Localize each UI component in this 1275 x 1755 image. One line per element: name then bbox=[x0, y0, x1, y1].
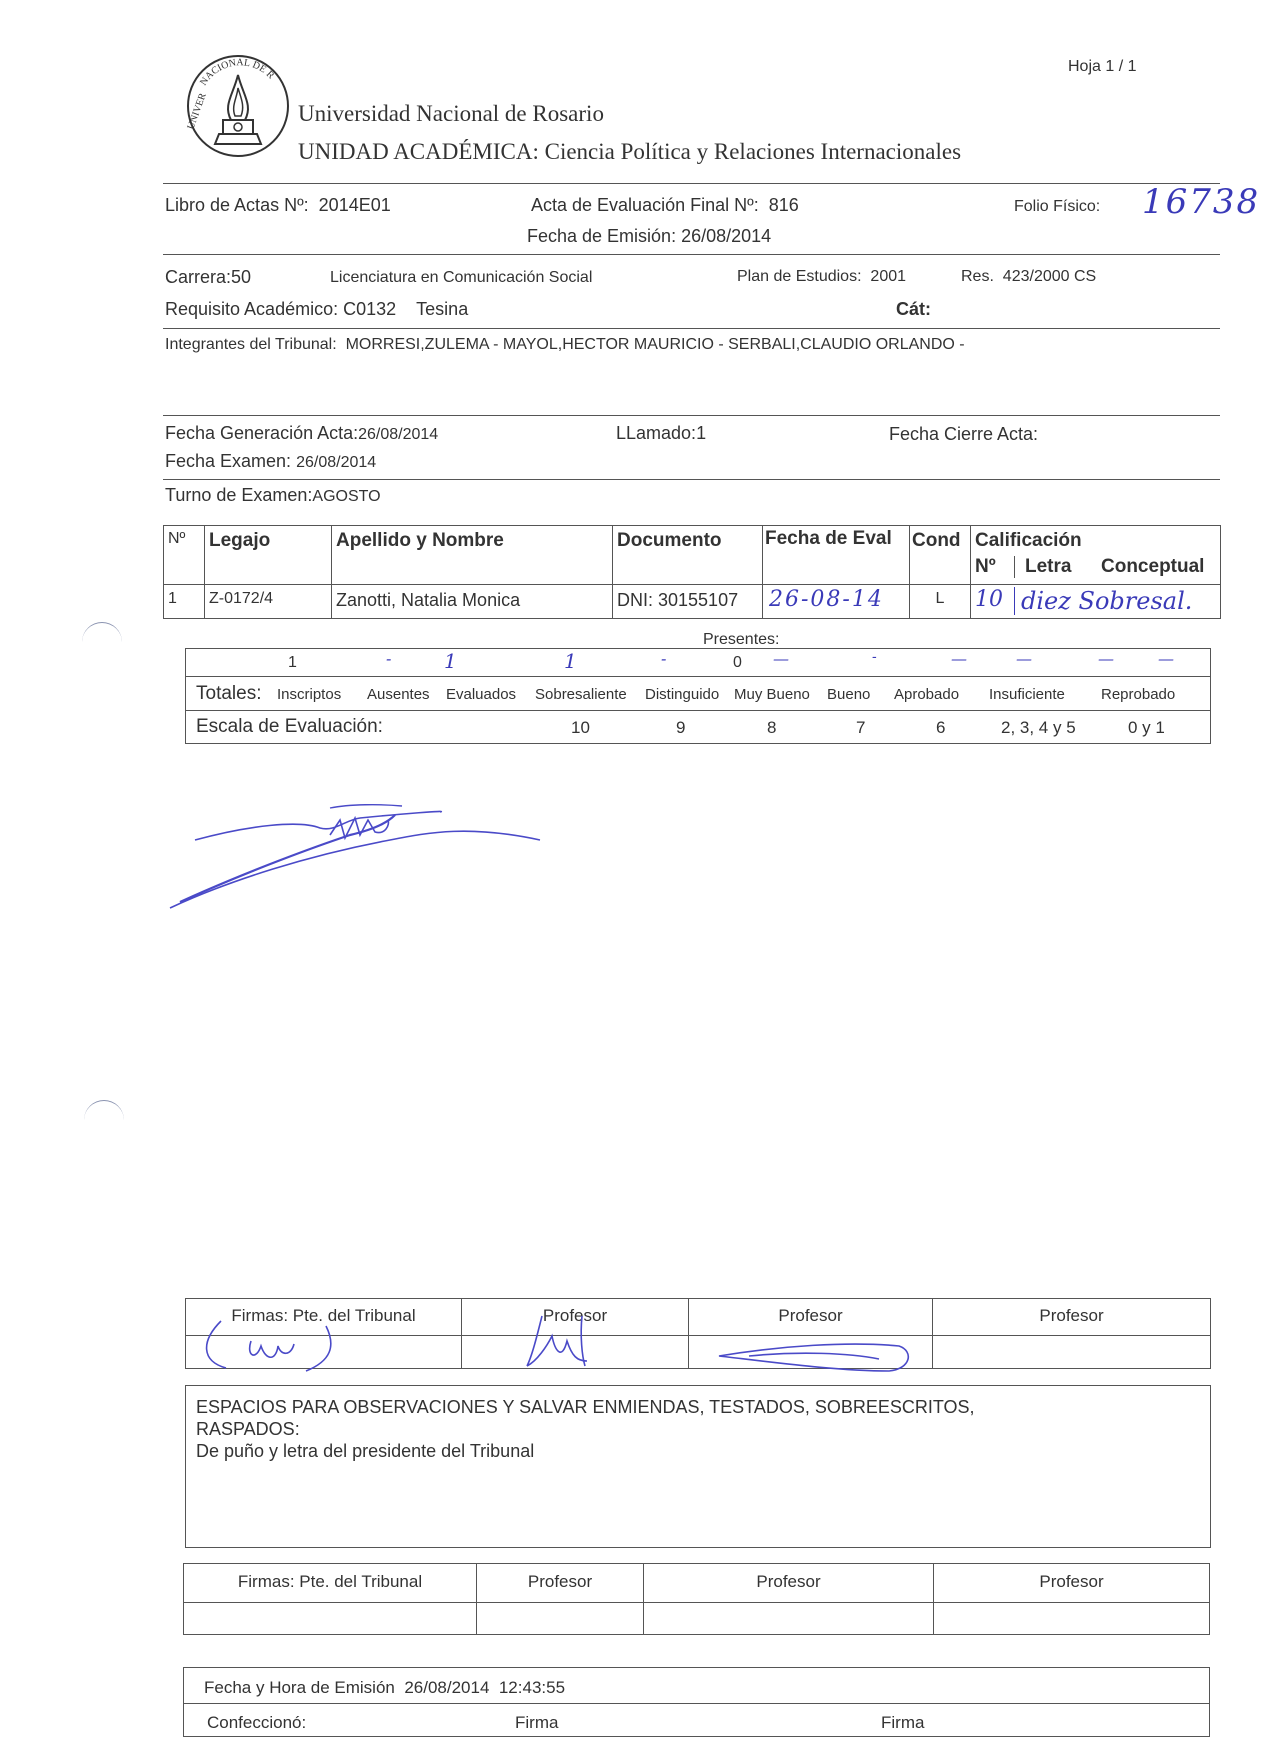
presentes-label: Presentes: bbox=[703, 631, 779, 649]
folio-value-handwritten: 16738 bbox=[1142, 182, 1260, 222]
sig2-profesor-empty bbox=[934, 1603, 1210, 1635]
totales-label: Totales: bbox=[196, 683, 261, 705]
requisito-value: C0132 bbox=[343, 299, 396, 319]
signatures-sign-row bbox=[186, 1336, 1211, 1369]
emision-datetime: 26/08/2014 12:43:55 bbox=[404, 1678, 565, 1697]
header-n: Nº bbox=[164, 526, 205, 585]
total-sobresaliente-handwritten: 1 bbox=[564, 649, 577, 673]
col-inscriptos: Inscriptos bbox=[277, 686, 341, 703]
total-aprobado-handwritten: — bbox=[951, 649, 967, 668]
table-row: 1 Z-0172/4 Zanotti, Natalia Monica DNI: … bbox=[164, 585, 1221, 619]
escala-bueno: 7 bbox=[856, 718, 865, 738]
tribunal-members: MORRESI,ZULEMA - MAYOL,HECTOR MAURICIO -… bbox=[346, 336, 965, 353]
signatures-sign-row bbox=[184, 1603, 1210, 1635]
total-muy-bueno-handwritten: — bbox=[773, 649, 789, 668]
cell-cond: L bbox=[910, 585, 971, 619]
escala-sobresaliente: 10 bbox=[571, 718, 590, 738]
header-documento: Documento bbox=[613, 526, 763, 585]
carrera-value: 50 bbox=[231, 267, 251, 287]
resolucion: Res. 423/2000 CS bbox=[961, 268, 1096, 286]
sig1-header-profesor: Profesor bbox=[933, 1299, 1211, 1336]
escala-aprobado: 6 bbox=[936, 718, 945, 738]
sig2-profesor-empty bbox=[644, 1603, 934, 1635]
cell-nombre: Zanotti, Natalia Monica bbox=[332, 585, 613, 619]
emision-value: 26/08/2014 bbox=[681, 226, 771, 246]
total-bueno-handwritten: - bbox=[872, 649, 877, 665]
cell-legajo: Z-0172/4 bbox=[205, 585, 332, 619]
cell-fecha-handwritten: 26-08-14 bbox=[763, 585, 910, 619]
sig2-presidente-empty bbox=[184, 1603, 477, 1635]
turno-value: AGOSTO bbox=[312, 488, 380, 505]
svg-text:NACIONAL DE ROSARIO: NACIONAL DE ROSARIO bbox=[183, 50, 276, 88]
requisito-name: Tesina bbox=[416, 299, 468, 319]
col-sobresaliente: Sobresaliente bbox=[535, 686, 627, 703]
total-reprobado-handwritten: — bbox=[1098, 649, 1114, 668]
col-bueno: Bueno bbox=[827, 686, 870, 703]
observations-subtitle: De puño y letra del presidente del Tribu… bbox=[196, 1440, 1200, 1462]
signatures-table-1: Firmas: Pte. del Tribunal Profesor Profe… bbox=[185, 1298, 1211, 1369]
firma-label-2: Firma bbox=[881, 1713, 924, 1733]
header-cond: Cond bbox=[910, 526, 971, 585]
header-cal-conceptual: Conceptual bbox=[1101, 556, 1204, 578]
turno-examen: Turno de Examen:AGOSTO bbox=[165, 485, 381, 506]
punch-hole-mark bbox=[82, 622, 122, 662]
libro-actas: Libro de Actas Nº: 2014E01 bbox=[165, 195, 391, 216]
calificacion-values: 10 diez Sobresal. bbox=[975, 587, 1216, 615]
total-evaluados-handwritten: 1 bbox=[444, 649, 457, 673]
escala-muy-bueno: 8 bbox=[767, 718, 776, 738]
libro-value: 2014E01 bbox=[319, 195, 391, 215]
fecha-examen: Fecha Examen: 26/08/2014 bbox=[165, 451, 376, 472]
generacion-value: 26/08/2014 bbox=[358, 426, 438, 443]
cell-cal-letra-handwritten: diez Sobresal. bbox=[1015, 587, 1192, 615]
plan-value: 2001 bbox=[870, 268, 906, 285]
escala-reprobado: 0 y 1 bbox=[1128, 718, 1165, 738]
total-ausentes-handwritten: - bbox=[386, 649, 391, 668]
table-header-row: Nº Legajo Apellido y Nombre Documento Fe… bbox=[164, 526, 1221, 585]
col-aprobado: Aprobado bbox=[894, 686, 959, 703]
header-cal-n: Nº bbox=[975, 556, 1015, 578]
observations-box: ESPACIOS PARA OBSERVACIONES Y SALVAR ENM… bbox=[185, 1385, 1211, 1548]
footer-box: Fecha y Hora de Emisión 26/08/2014 12:43… bbox=[183, 1667, 1210, 1737]
sig1-profesor-signature bbox=[689, 1336, 933, 1369]
col-distinguido: Distinguido bbox=[645, 686, 719, 703]
examen-value: 26/08/2014 bbox=[296, 454, 376, 471]
col-insuficiente: Insuficiente bbox=[989, 686, 1065, 703]
divider bbox=[163, 183, 1220, 184]
escala-insuficiente: 2, 3, 4 y 5 bbox=[1001, 718, 1076, 738]
sig1-profesor-signature bbox=[462, 1336, 689, 1369]
sig2-header-profesor: Profesor bbox=[644, 1564, 934, 1603]
university-seal-icon: NACIONAL DE ROSARIO UNIVER bbox=[183, 50, 293, 162]
totals-values-row: 1 - 1 1 - 0 — - — — — — bbox=[186, 649, 1210, 677]
sig1-header-profesor: Profesor bbox=[689, 1299, 933, 1336]
cat-label: Cát: bbox=[896, 299, 931, 320]
plan-estudios: Plan de Estudios: 2001 bbox=[737, 268, 906, 286]
cell-n: 1 bbox=[164, 585, 205, 619]
cell-documento: DNI: 30155107 bbox=[613, 585, 763, 619]
sig2-header-presidente: Firmas: Pte. del Tribunal bbox=[184, 1564, 477, 1603]
punch-hole-mark bbox=[84, 1100, 124, 1140]
total-extra-handwritten: — bbox=[1158, 649, 1174, 668]
col-ausentes: Ausentes bbox=[367, 686, 430, 703]
confecciono-label: Confeccionó: bbox=[207, 1713, 306, 1733]
observations-title: ESPACIOS PARA OBSERVACIONES Y SALVAR ENM… bbox=[196, 1396, 1056, 1440]
page-indicator: Hoja 1 / 1 bbox=[1068, 58, 1136, 76]
signatures-header-row: Firmas: Pte. del Tribunal Profesor Profe… bbox=[184, 1564, 1210, 1603]
col-evaluados: Evaluados bbox=[446, 686, 516, 703]
sig2-header-profesor: Profesor bbox=[934, 1564, 1210, 1603]
llamado: LLamado:1 bbox=[616, 423, 706, 444]
escala-label: Escala de Evaluación: bbox=[196, 716, 383, 738]
divider bbox=[163, 254, 1220, 255]
header-legajo: Legajo bbox=[205, 526, 332, 585]
divider bbox=[163, 479, 1220, 480]
carrera-name: Licenciatura en Comunicación Social bbox=[330, 269, 592, 287]
llamado-value: 1 bbox=[696, 423, 706, 443]
total-inscriptos: 1 bbox=[288, 654, 297, 672]
handwritten-signature bbox=[150, 790, 550, 920]
escala-row: Escala de Evaluación: 10 9 8 7 6 2, 3, 4… bbox=[186, 711, 1210, 743]
sig2-profesor-empty bbox=[477, 1603, 644, 1635]
res-value: 423/2000 CS bbox=[1003, 268, 1096, 285]
totals-table: 1 - 1 1 - 0 — - — — — — Totales: Inscrip… bbox=[185, 648, 1211, 744]
emision-label: Fecha y Hora de Emisión bbox=[204, 1678, 395, 1697]
requisito: Requisito Académico: C0132 Tesina bbox=[165, 299, 468, 320]
carrera: Carrera:50 bbox=[165, 267, 251, 288]
totals-labels-row: Totales: Inscriptos Ausentes Evaluados S… bbox=[186, 677, 1210, 711]
folio-label: Folio Físico: bbox=[1014, 198, 1100, 216]
footer-confecciono-row: Confeccionó: Firma Firma bbox=[184, 1704, 1209, 1736]
col-reprobado: Reprobado bbox=[1101, 686, 1175, 703]
signatures-table-2: Firmas: Pte. del Tribunal Profesor Profe… bbox=[183, 1563, 1210, 1635]
acta-numero: Acta de Evaluación Final Nº: 816 bbox=[531, 195, 799, 216]
fecha-emision: Fecha de Emisión: 26/08/2014 bbox=[527, 226, 771, 247]
total-distinguido-handwritten: - bbox=[661, 649, 666, 668]
cell-calificacion: 10 diez Sobresal. bbox=[971, 585, 1221, 619]
col-muy-bueno: Muy Bueno bbox=[734, 686, 810, 703]
firma-label-1: Firma bbox=[515, 1713, 558, 1733]
fecha-generacion: Fecha Generación Acta:26/08/2014 bbox=[165, 423, 438, 444]
academic-unit: UNIDAD ACADÉMICA: Ciencia Política y Rel… bbox=[298, 139, 961, 165]
header-nombre: Apellido y Nombre bbox=[332, 526, 613, 585]
fecha-cierre: Fecha Cierre Acta: bbox=[889, 424, 1038, 445]
header-cal-letra: Letra bbox=[1015, 556, 1101, 578]
header-calificacion: Calificación Nº Letra Conceptual bbox=[971, 526, 1221, 585]
students-table: Nº Legajo Apellido y Nombre Documento Fe… bbox=[163, 525, 1221, 619]
cell-cal-n-handwritten: 10 bbox=[975, 587, 1015, 615]
tribunal: Integrantes del Tribunal: MORRESI,ZULEMA… bbox=[165, 336, 965, 354]
header-fecha: Fecha de Eval bbox=[763, 526, 910, 585]
sig2-header-profesor: Profesor bbox=[477, 1564, 644, 1603]
calificacion-subheaders: Nº Letra Conceptual bbox=[975, 556, 1216, 578]
university-name: Universidad Nacional de Rosario bbox=[298, 101, 604, 127]
total-presentes: 0 bbox=[733, 654, 742, 672]
footer-emision-row: Fecha y Hora de Emisión 26/08/2014 12:43… bbox=[184, 1668, 1209, 1704]
total-insuficiente-handwritten: — bbox=[1016, 649, 1032, 668]
divider bbox=[163, 328, 1220, 329]
acta-value: 816 bbox=[769, 195, 799, 215]
sig1-profesor-signature-empty bbox=[933, 1336, 1211, 1369]
sig1-presidente-signature bbox=[186, 1336, 462, 1369]
divider bbox=[163, 415, 1220, 416]
calificacion-label: Calificación bbox=[975, 530, 1216, 552]
escala-distinguido: 9 bbox=[676, 718, 685, 738]
